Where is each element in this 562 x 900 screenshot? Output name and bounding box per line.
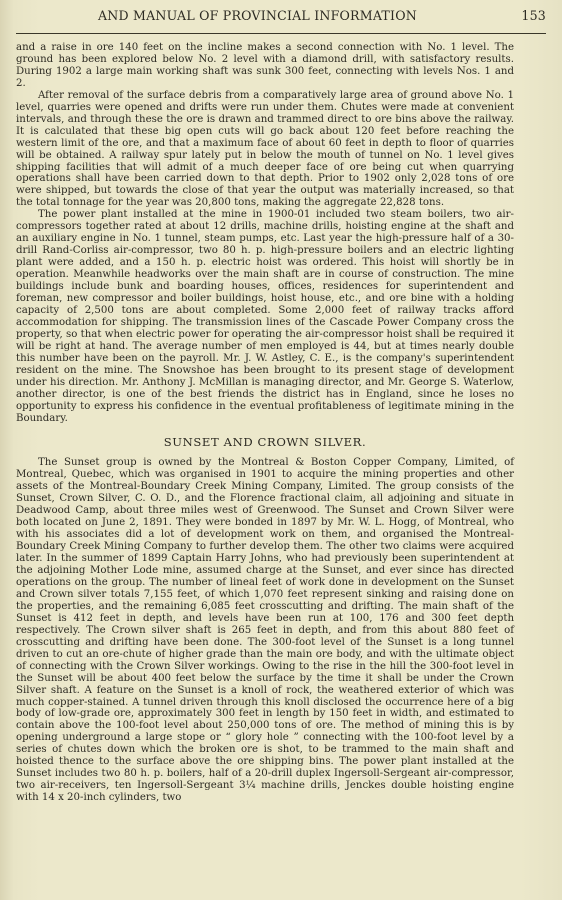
running-header: AND MANUAL OF PROVINCIAL INFORMATION 153 — [16, 4, 546, 28]
paragraph-continued: and a raise in ore 140 feet on the incli… — [16, 42, 514, 90]
page-number: 153 — [521, 8, 546, 23]
running-header-title: AND MANUAL OF PROVINCIAL INFORMATION — [98, 8, 417, 23]
paragraph-quarries: After removal of the surface debris from… — [16, 90, 514, 210]
section-heading: SUNSET AND CROWN SILVER. — [16, 437, 514, 449]
book-page: AND MANUAL OF PROVINCIAL INFORMATION 153… — [0, 0, 562, 900]
page-body: and a raise in ore 140 feet on the incli… — [16, 42, 514, 804]
paragraph-power-plant: The power plant installed at the mine in… — [16, 209, 514, 424]
header-rule — [16, 33, 546, 35]
paragraph-sunset-group: The Sunset group is owned by the Montrea… — [16, 457, 514, 804]
